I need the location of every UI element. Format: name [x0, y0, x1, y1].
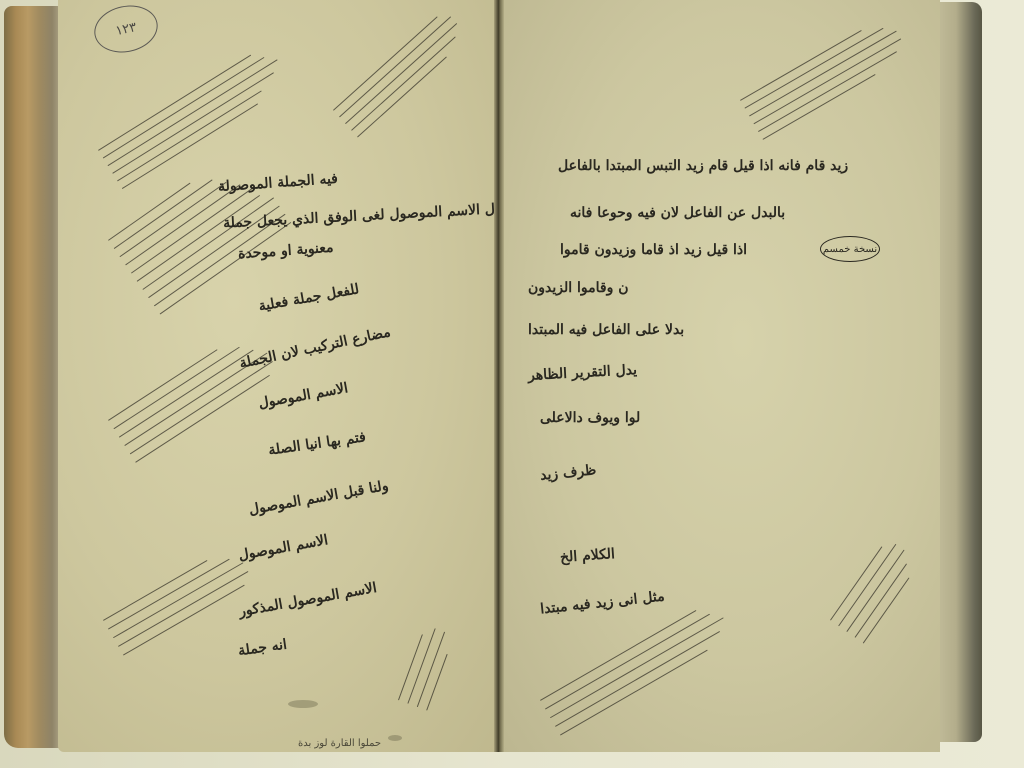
main-text-line: اذا قيل زيد اذ قاما وزيدون قاموا — [560, 242, 747, 258]
oval-annotation: نسخة خمسم — [820, 236, 880, 262]
main-text-line: الكلام الخ — [560, 546, 616, 566]
main-text-line: انه جملة — [237, 637, 288, 660]
main-text-line: الاسم الموصول — [257, 380, 349, 411]
main-text-line: ظرف زيد — [539, 462, 597, 484]
main-text-line: مضارع التركيب لان الجملة — [238, 324, 392, 372]
main-text-line: ن وقاموا الزيدون — [528, 280, 629, 296]
main-text-line: مثل انى زيد فيه مبتدا — [540, 589, 666, 618]
main-text-line: يدل التقرير الظاهر — [528, 362, 638, 384]
left-page: فيه الجملة الموصولة احال الاسم الموصول ل… — [58, 0, 498, 752]
footer-note: حملوا القارة لوز بدة — [298, 738, 381, 749]
main-text-line: بدلا على الفاعل فيه المبتدا — [528, 322, 684, 338]
manuscript-photo: فيه الجملة الموصولة احال الاسم الموصول ل… — [0, 0, 1024, 768]
main-text-line: الاسم الموصول — [237, 532, 329, 563]
main-text-line: ولنا قبل الاسم الموصول — [248, 478, 390, 518]
main-text-line: بالبدل عن الفاعل لان فيه وحوعا فانه — [570, 205, 785, 221]
main-text-line: فتم بها انيا الصلة — [267, 429, 366, 459]
main-text-line: الاسم الموصول المذكور — [238, 580, 378, 620]
ink-stain — [388, 735, 402, 741]
book-gutter — [494, 0, 504, 752]
book-cover-left — [4, 6, 64, 748]
main-text-line: زيد قام فانه اذا قيل قام زيد التبس المبت… — [558, 158, 848, 174]
ink-stain — [288, 700, 318, 708]
main-text-line: لوا ويوف دالاعلى — [540, 410, 640, 426]
right-page: زيد قام فانه اذا قيل قام زيد التبس المبت… — [500, 0, 940, 752]
main-text-line: معنوية او موحدة — [238, 240, 334, 263]
main-text-line: للفعل جملة فعلية — [257, 281, 360, 314]
main-text-line: فيه الجملة الموصولة — [218, 171, 339, 195]
